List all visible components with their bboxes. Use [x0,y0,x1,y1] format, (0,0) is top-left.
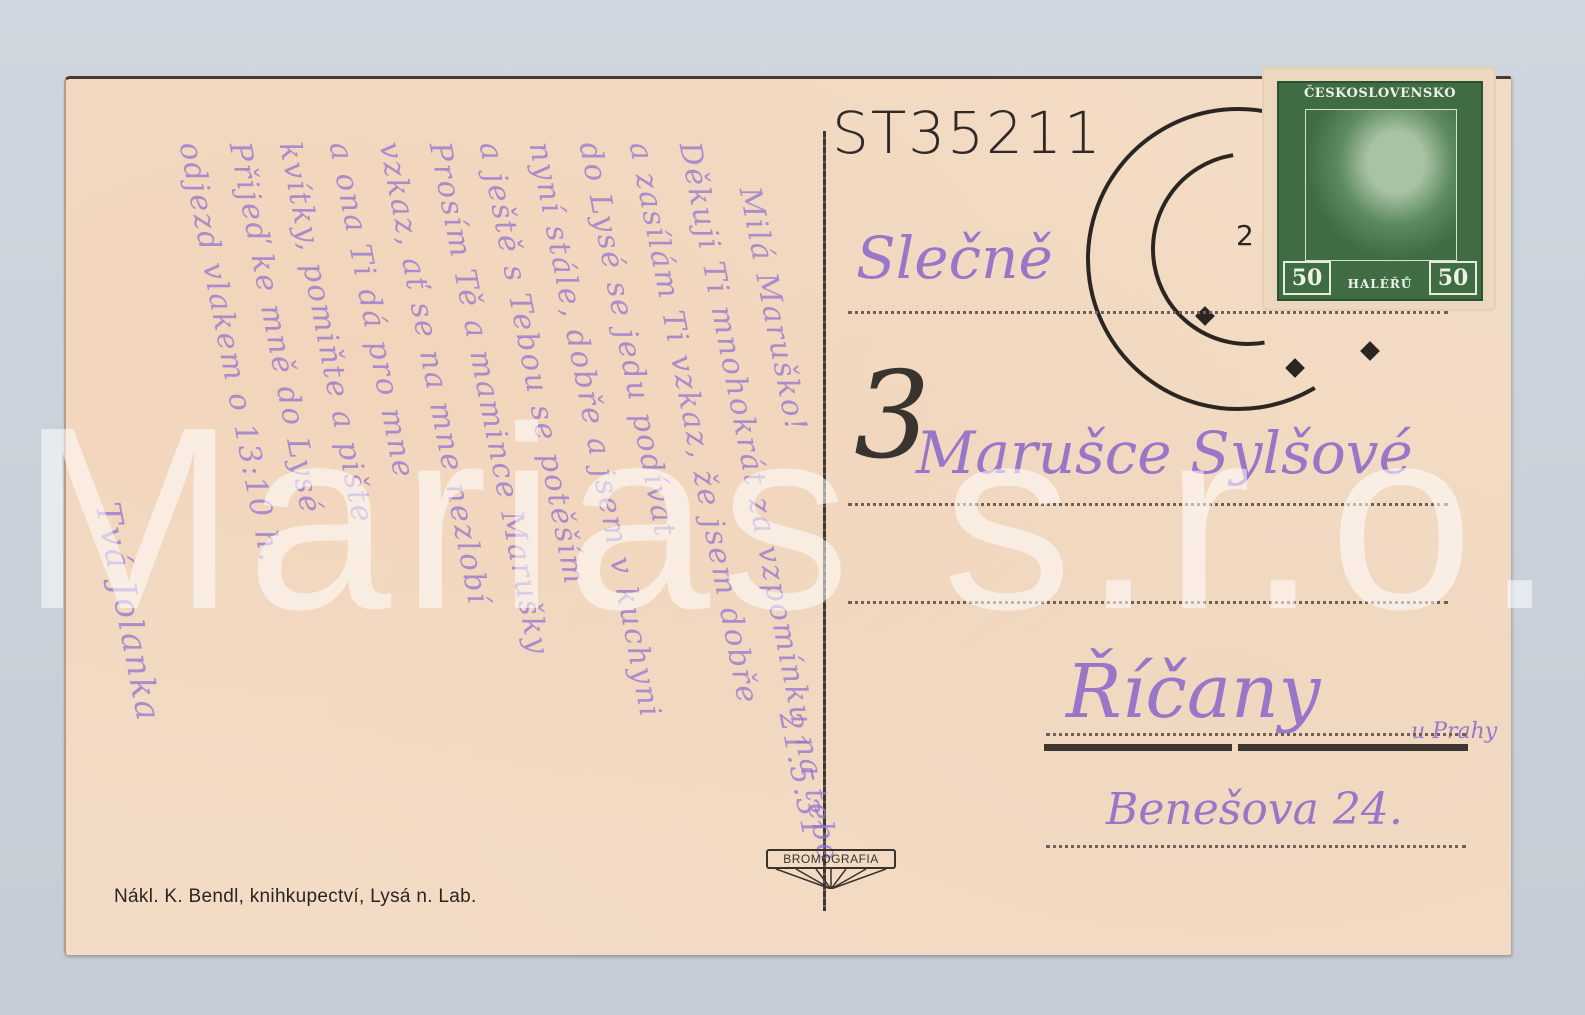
town-underline-left [1044,744,1232,751]
address-salutation: Slečně [856,224,1053,292]
stamp-face: ČESKOSLOVENSKO 50 HALÉŘŮ 50 [1277,81,1483,301]
postage-stamp: ČESKOSLOVENSKO 50 HALÉŘŮ 50 [1264,69,1494,309]
portrait-icon [1305,109,1457,261]
stamp-currency: HALÉŘŮ [1335,277,1425,291]
address-line-3 [848,601,1448,604]
address-town: Říčany [1066,649,1320,735]
address-line-5 [1046,845,1466,848]
address-line-4 [1046,733,1466,736]
town-underline-right [1238,744,1468,751]
address-town-suffix: u Prahy [1411,719,1497,744]
bromografia-logo: BROMOGRAFIA [766,849,896,889]
stamp-value-left: 50 [1283,261,1331,295]
address-recipient: Marušce Sylšové [916,419,1413,487]
address-line-1 [848,311,1448,314]
reference-number: ST35211 [832,99,1103,167]
address-street: Benešova 24. [1106,784,1403,835]
stamp-country: ČESKOSLOVENSKO [1279,86,1481,101]
stamp-value-right: 50 [1429,261,1477,295]
address-line-2 [848,503,1448,506]
publisher-imprint: Nákl. K. Bendl, knihkupectví, Lysá n. La… [114,886,477,908]
postcard: Milá Maruško! Děkuji Ti mnohokrát za vzp… [64,76,1511,955]
message-signature: Tvá Jolanka [87,499,169,726]
bromografia-label: BROMOGRAFIA [766,849,896,869]
sunburst-icon [766,867,896,889]
